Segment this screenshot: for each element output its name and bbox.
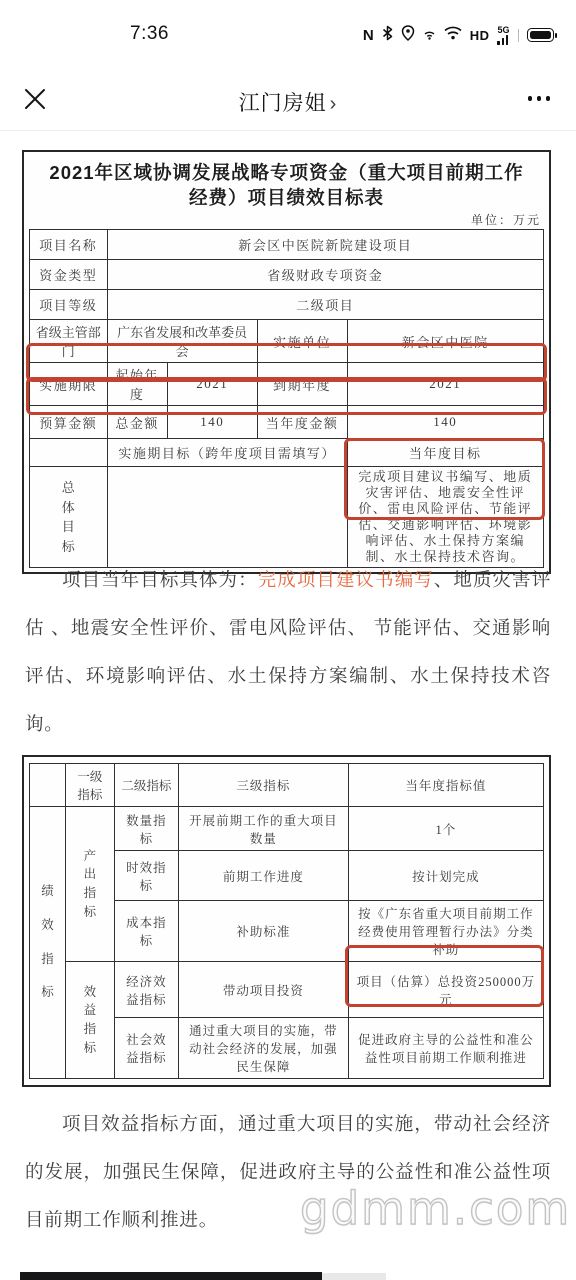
table-row: 预算金额 总金额 140 当年度金额 140 <box>30 406 544 439</box>
doc-title: 2021年区域协调发展战略专项资金（重大项目前期工作经费）项目绩效目标表 <box>40 160 533 210</box>
nav-bar: 江门房姐› <box>0 72 576 131</box>
table-row: 项目名称 新会区中医院新院建设项目 <box>30 230 544 260</box>
wifi-icon <box>444 25 462 45</box>
table-row: 绩效指标 产出指标 数量指标 开展前期工作的重大项目数量 1个 <box>30 807 544 851</box>
table-header-row: 一级指标 二级指标 三级指标 当年度指标值 <box>30 764 544 807</box>
indicator-table: 一级指标 二级指标 三级指标 当年度指标值 绩效指标 产出指标 数量指标 开展前… <box>29 763 544 1079</box>
more-menu-icon[interactable] <box>528 96 551 101</box>
chevron-right-icon: › <box>330 93 338 115</box>
table-row: 资金类型 省级财政专项资金 <box>30 260 544 290</box>
wifi-calling-icon <box>423 26 436 45</box>
table-row: 省级主管部门 广东省发展和改革委员会 实施单位 新会区中医院 <box>30 320 544 363</box>
table-row: 项目等级 二级项目 <box>30 290 544 320</box>
annual-goal-cell: 完成项目建议书编写、地质灾害评估、地震安全性评价、雷电风险评估、节能评估、交通影… <box>347 467 543 568</box>
next-image-dark-segment <box>20 1272 322 1280</box>
unit-label: 单位：万元 <box>32 211 541 228</box>
overall-goal-label: 总体目标 <box>61 478 75 556</box>
performance-indicator-label: 绩效指标 <box>41 875 55 1010</box>
output-indicator-label: 产出指标 <box>83 847 97 922</box>
nfc-icon: N <box>363 27 374 44</box>
status-icons: N HD 5G <box>363 22 554 48</box>
status-bar: 7:36 N HD 5G <box>0 18 576 52</box>
table-row: 实施期目标（跨年度项目需填写） 当年度目标 <box>30 439 544 467</box>
location-icon <box>401 25 415 46</box>
next-image-light-segment <box>322 1273 386 1280</box>
benefit-indicator-label: 效益指标 <box>83 983 97 1058</box>
highlighted-text: 完成项目建议书编写 <box>258 569 434 590</box>
performance-target-table-image[interactable]: 2021年区域协调发展战略专项资金（重大项目前期工作经费）项目绩效目标表 单位：… <box>22 150 551 574</box>
table-row: 效益指标 经济效益指标 带动项目投资 项目（估算）总投资250000万元 <box>30 962 544 1018</box>
account-title[interactable]: 江门房姐› <box>0 87 576 117</box>
signal-5g-icon: 5G <box>497 26 509 45</box>
performance-indicator-table-image[interactable]: 一级指标 二级指标 三级指标 当年度指标值 绩效指标 产出指标 数量指标 开展前… <box>22 755 551 1087</box>
table-row: 实施期限 起始年度 2021 到期年度 2021 <box>30 363 544 406</box>
investment-value-cell: 项目（估算）总投资250000万元 <box>348 962 543 1018</box>
status-separator <box>518 29 520 42</box>
article-paragraph: 项目当年目标具体为：完成项目建议书编写、地质灾害评估 、地震安全性评价、雷电风险… <box>25 556 551 748</box>
hd-icon: HD <box>470 28 490 43</box>
project-info-table: 项目名称 新会区中医院新院建设项目 资金类型 省级财政专项资金 项目等级 二级项… <box>29 229 544 568</box>
watermark-text: gdmm.com <box>300 1182 571 1235</box>
clock: 7:36 <box>130 23 169 45</box>
bluetooth-icon <box>382 25 393 46</box>
table-row: 总体目标 完成项目建议书编写、地质灾害评估、地震安全性评价、雷电风险评估、节能评… <box>30 467 544 568</box>
battery-icon <box>527 28 554 42</box>
next-image-top-edge <box>0 1271 576 1280</box>
